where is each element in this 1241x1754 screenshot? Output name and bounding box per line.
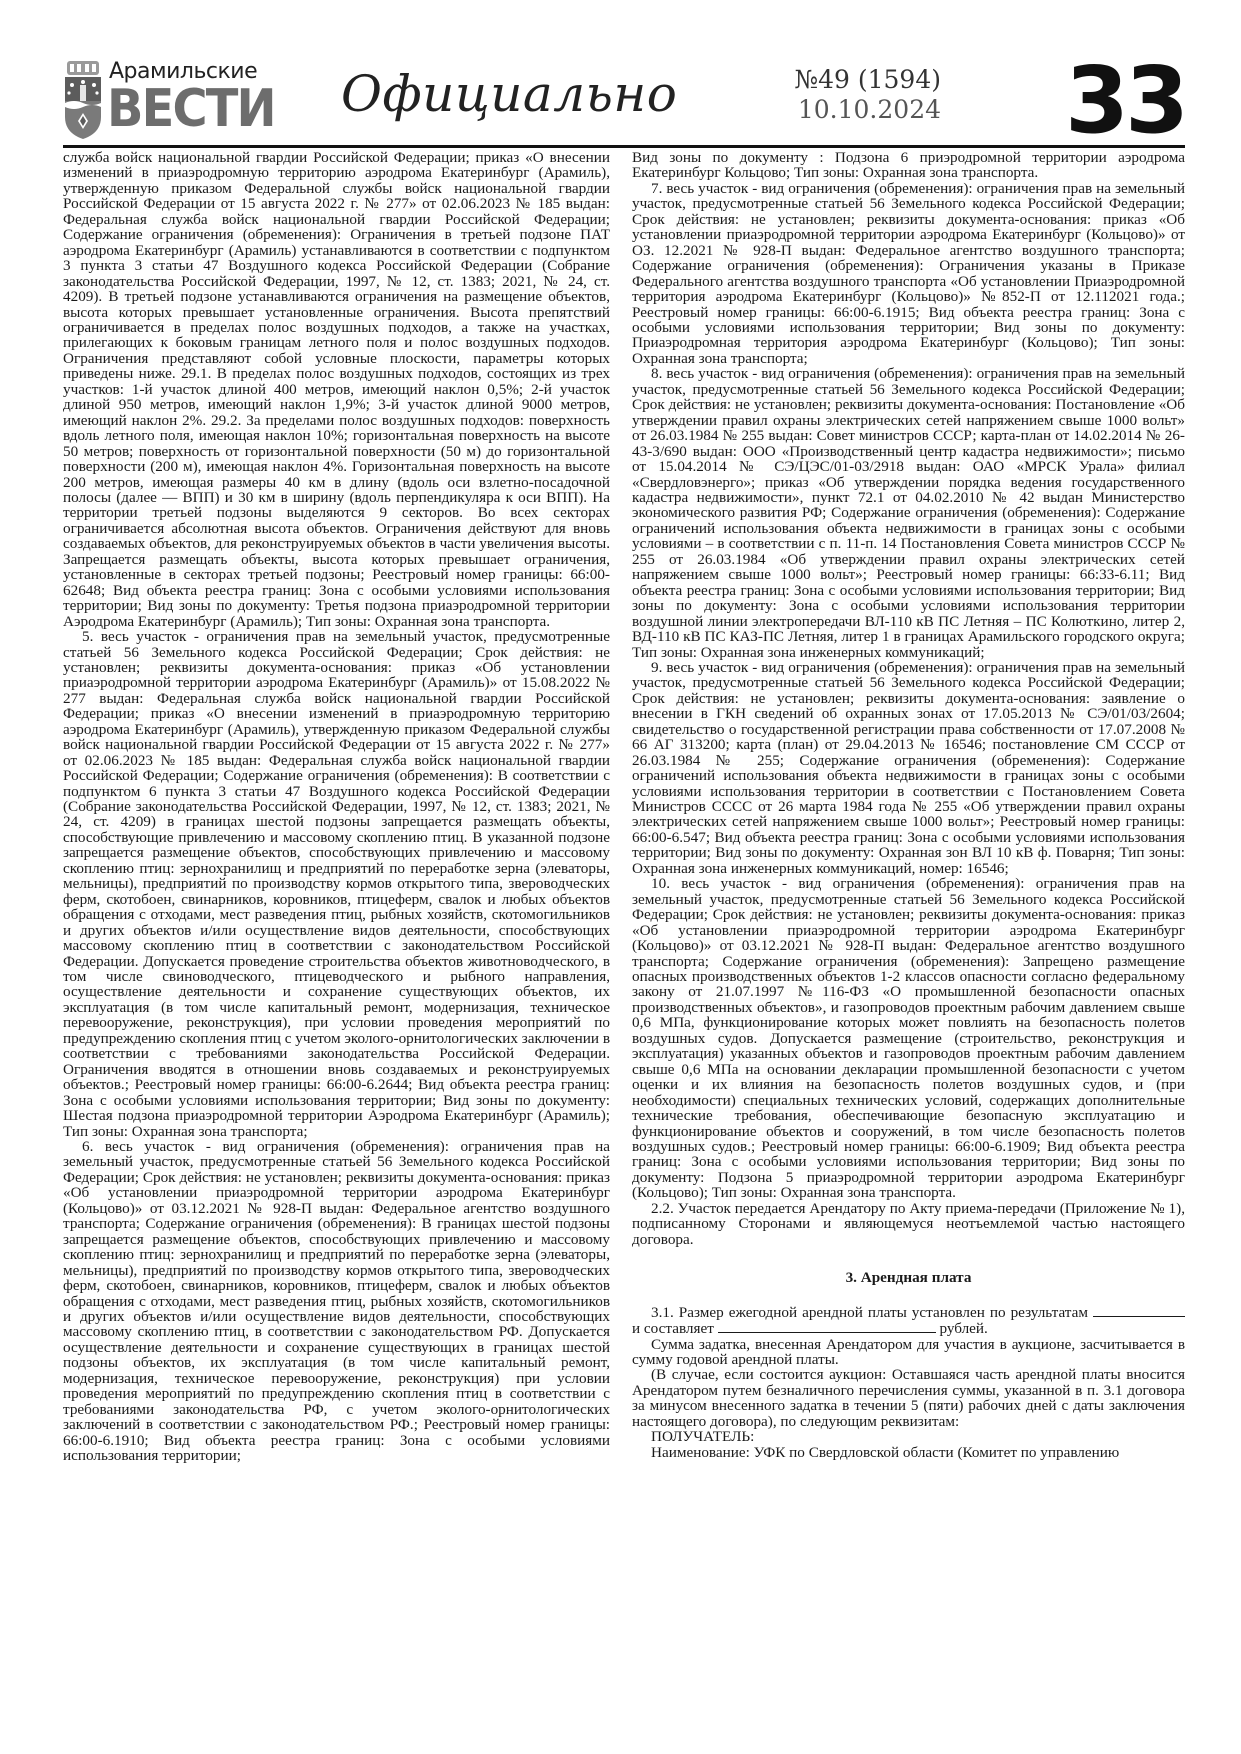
paragraph-recipient-name: Наименование: УФК по Свердловской област… [632,1445,1185,1460]
paragraph-item-8: 8. весь участок - вид ограничения (обрем… [632,366,1185,660]
blank-field-auction-results [1093,1304,1185,1317]
paragraph-deposit: Сумма задатка, внесенная Арендатором для… [632,1337,1185,1368]
clause-3-1-tail: рублей. [939,1320,987,1337]
right-column: Вид зоны по документу : Подзона 6 приэро… [632,150,1185,1460]
paragraph-item-9: 9. весь участок - вид ограничения (обрем… [632,660,1185,876]
paragraph-item-5: 5. весь участок - ограничения прав на зе… [63,629,610,1139]
masthead-inner: Арамильские ВЕСТИ Официально №49 (1594) … [63,55,1185,145]
section-title: Официально [341,65,677,123]
clause-3-1-lead: 3.1. Размер ежегодной арендной платы уст… [651,1304,1088,1321]
page-number: 33 [1065,47,1185,154]
paragraph: Вид зоны по документу : Подзона 6 приэро… [632,150,1185,181]
issue-date: 10.10.2024 [798,95,941,124]
paragraph-item-10: 10. весь участок - вид ограничения (обре… [632,876,1185,1201]
paragraph-recipient-label: ПОЛУЧАТЕЛЬ: [632,1429,1185,1444]
paragraph-payment-terms: (В случае, если состоится аукцион: Остав… [632,1367,1185,1429]
blank-field-rent-amount [718,1320,936,1333]
section-heading-rent: 3. Арендная плата [632,1270,1185,1285]
newspaper-name-main: ВЕСТИ [107,81,275,137]
left-column: служба войск национальной гвардии Россий… [63,150,610,1464]
paragraph-clause-3-1: 3.1. Размер ежегодной арендной платы уст… [632,1304,1185,1337]
paragraph: служба войск национальной гвардии Россий… [63,150,610,629]
paragraph-clause-2-2: 2.2. Участок передается Арендатору по Ак… [632,1201,1185,1247]
clause-3-1-middle: и составляет [632,1320,714,1337]
issue-number: №49 (1594) [794,65,941,94]
paragraph-item-7: 7. весь участок - вид ограничения (обрем… [632,181,1185,366]
coat-of-arms-icon [63,61,103,139]
paragraph-item-6: 6. весь участок - вид ограничения (обрем… [63,1139,610,1464]
header-divider [63,145,1185,148]
